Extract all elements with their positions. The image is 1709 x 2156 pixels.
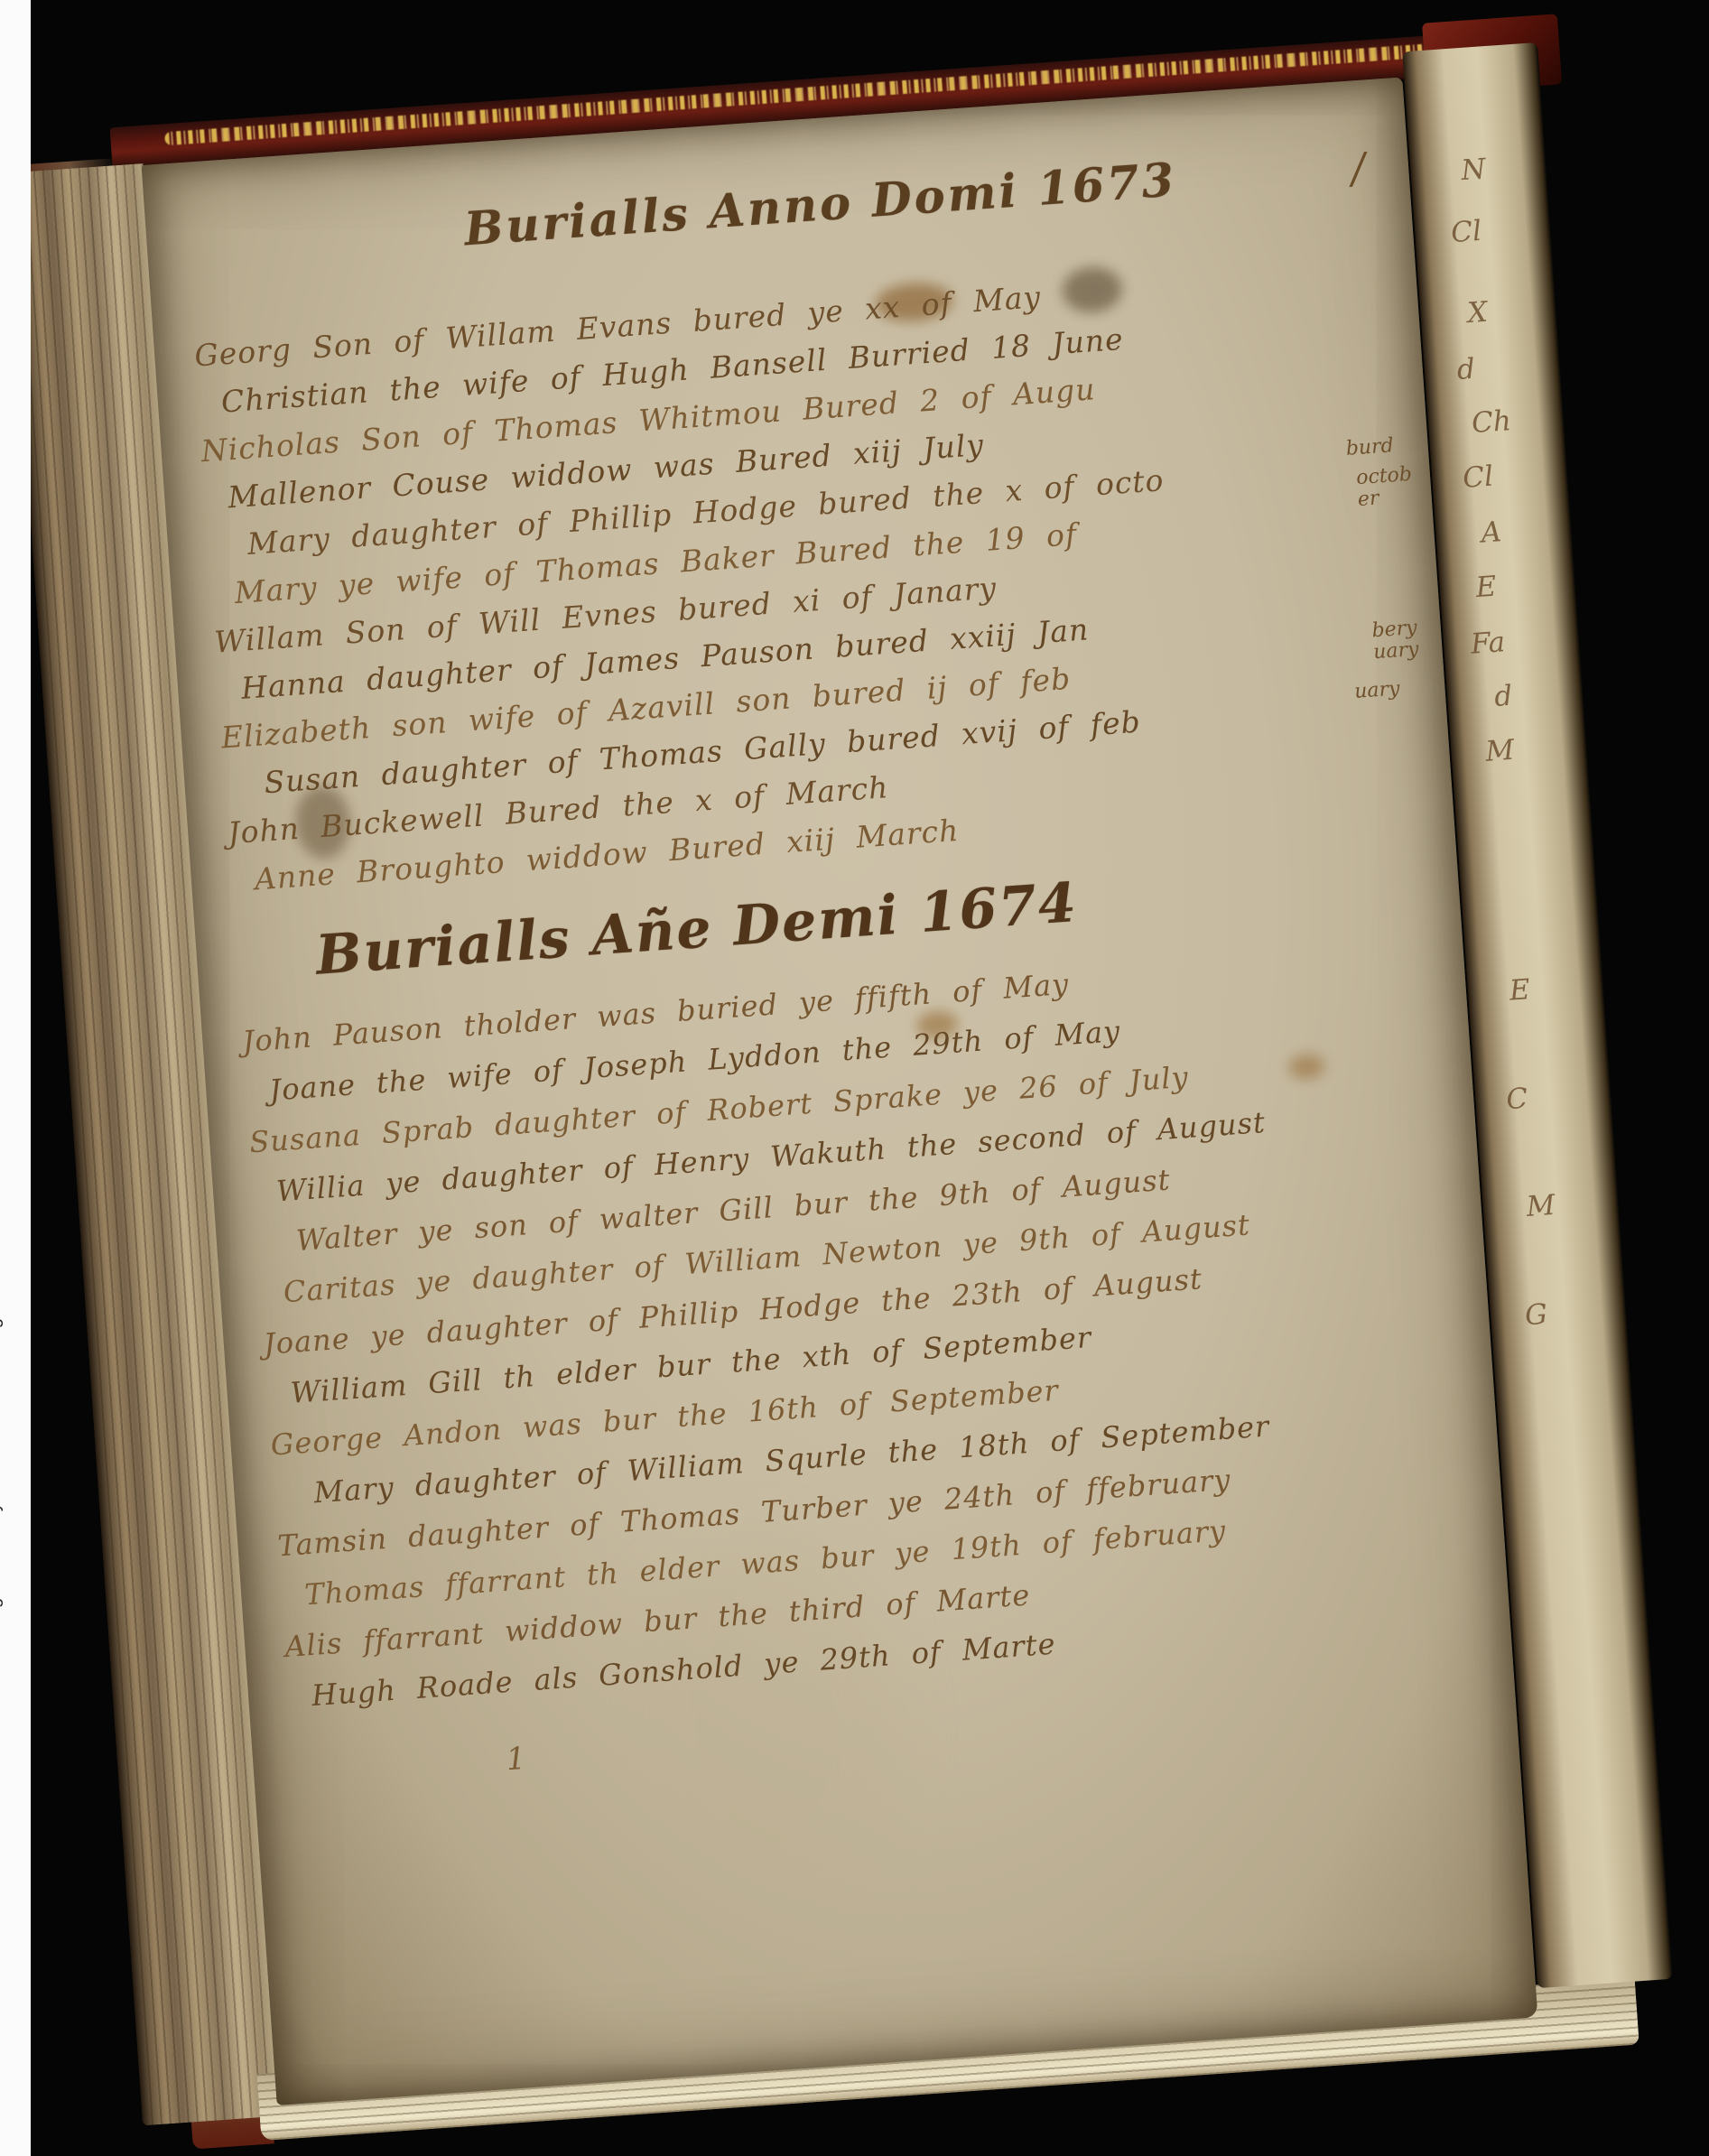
page-fragment: Fa	[1470, 626, 1506, 661]
page-fragment: A	[1480, 516, 1502, 549]
page-fragment: X	[1466, 296, 1489, 330]
page-fragment: Cl	[1450, 215, 1482, 249]
page-fragment: N	[1460, 153, 1487, 187]
page-fragment: Cl	[1462, 460, 1494, 495]
copyright-strip: © Images courtesy of South West heritage…	[0, 0, 31, 2156]
margin-note: octob er	[1355, 464, 1414, 511]
page-fragment: M	[1484, 734, 1515, 768]
page-fragment: E	[1509, 973, 1531, 1007]
section-1674-entries: John Pauson tholder was buried ye ffifth…	[241, 933, 1484, 1723]
section-heading-1673: Burialls Anno Domi 1673	[462, 153, 1178, 256]
screenshot-root: { "copyright_notice": "© Images courtesy…	[0, 0, 1709, 2156]
copyright-text: © Images courtesy of South West heritage…	[0, 1004, 5, 1658]
page-fragment: M	[1526, 1189, 1556, 1223]
page-fragment: d	[1456, 353, 1476, 386]
margin-note: burd	[1345, 435, 1394, 460]
manuscript-page: Burialls Anno Domi 1673 / Georg Son of W…	[142, 78, 1538, 2105]
page-fragment: G	[1524, 1298, 1548, 1333]
page-fragment: E	[1475, 571, 1498, 604]
page-fragment: d	[1493, 680, 1513, 713]
section-1673-entries: Georg Son of Willam Evans bured ye xx of…	[193, 248, 1427, 905]
register-book-photo: Burialls Anno Domi 1673 / Georg Son of W…	[4, 28, 1676, 2149]
heading-mark: /	[1350, 144, 1367, 193]
margin-note: uary	[1354, 678, 1401, 702]
page-fragment: Ch	[1471, 404, 1512, 440]
margin-note: bery uary	[1371, 618, 1419, 664]
page-number-mark: 1	[505, 1741, 526, 1778]
page-fragment: C	[1505, 1083, 1528, 1117]
